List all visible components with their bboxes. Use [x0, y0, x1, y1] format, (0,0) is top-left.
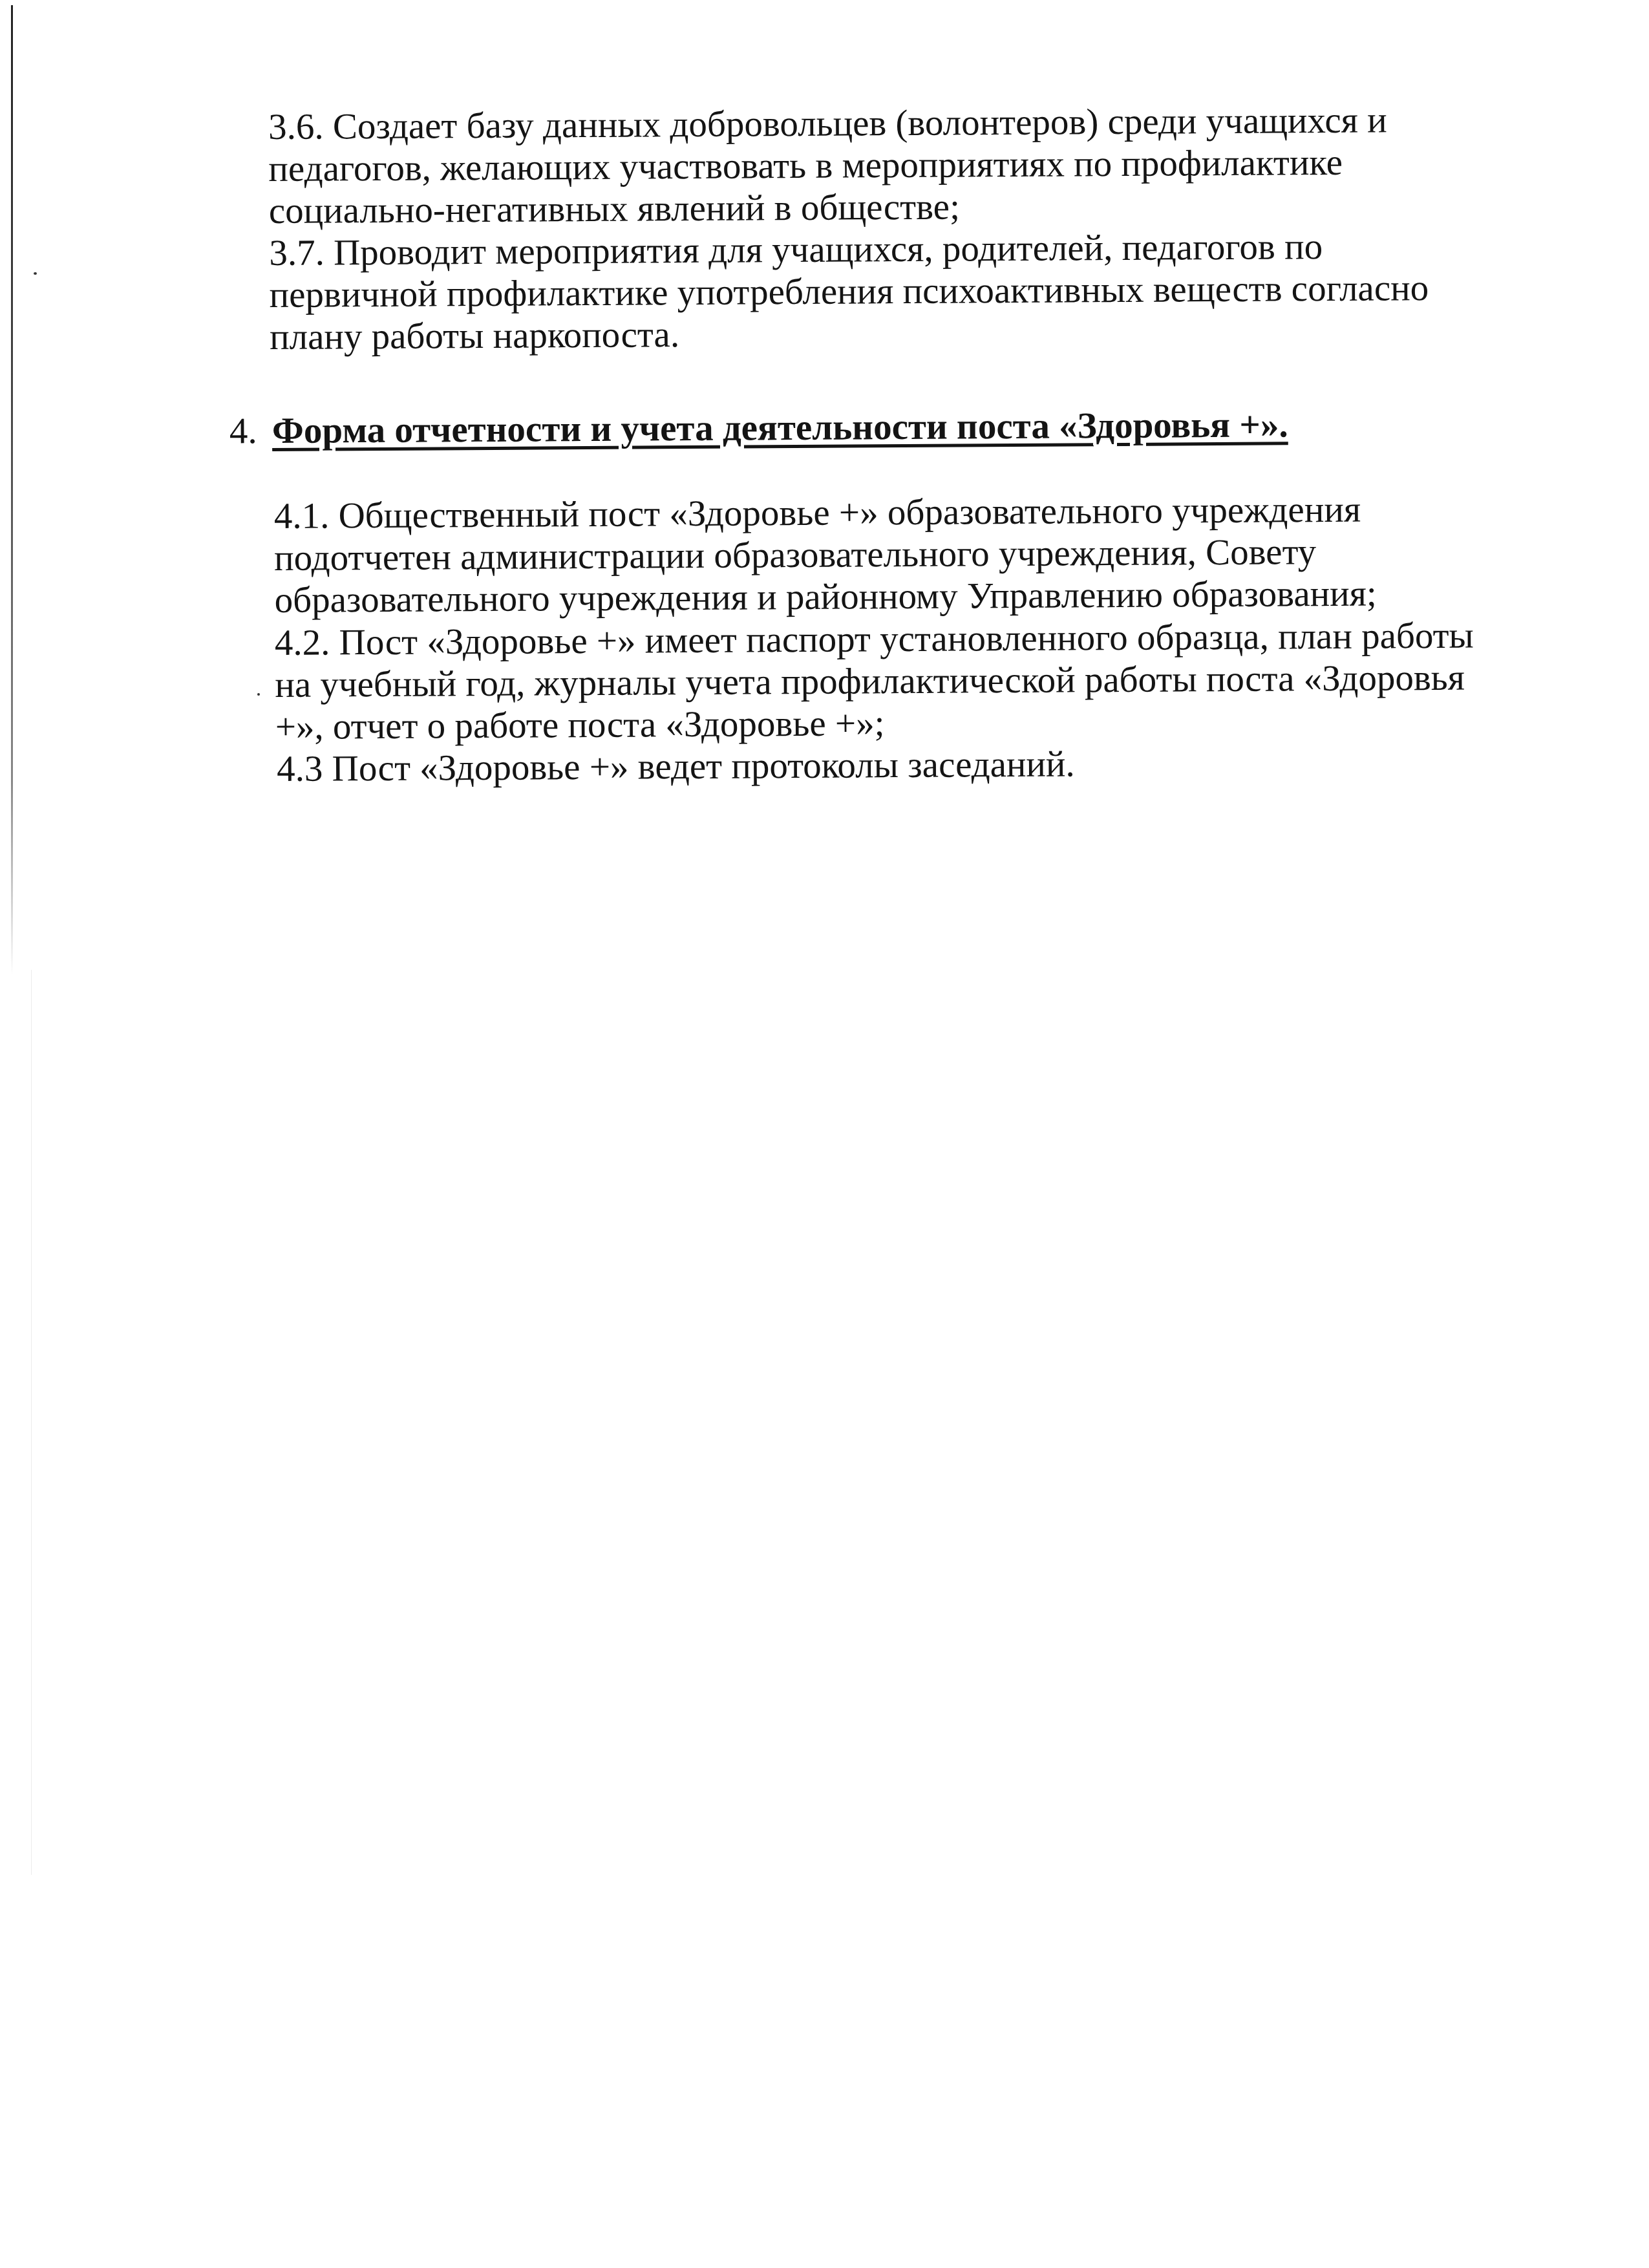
paragraph-3-7: 3.7. Проводит мероприятия для учащихся, …: [0, 0, 1648, 2]
scan-speck: [257, 693, 260, 696]
text-line: плану работы наркопоста.: [270, 316, 679, 356]
text-line: педагогов, желающих участвовать в меропр…: [268, 144, 1343, 187]
text-line: 4.2. Пост «Здоровье +» имеет паспорт уст…: [275, 617, 1474, 661]
text-line: 4.1. Общественный пост «Здоровье +» обра…: [274, 491, 1361, 535]
text-line: социально-негативных явлений в обществе;: [269, 188, 960, 230]
scan-border-faint: [31, 970, 32, 1875]
text-line: 4.3 Пост «Здоровье +» ведет протоколы за…: [277, 745, 1075, 787]
paragraph-4-2: 4.2. Пост «Здоровье +» имеет паспорт уст…: [0, 0, 1648, 2]
text-line: образовательного учреждения и районному …: [274, 575, 1376, 619]
section-4-heading: 4. Форма отчетности и учета деятельности…: [0, 0, 1648, 2]
section-title: Форма отчетности и учета деятельности по…: [272, 406, 1288, 449]
paragraph-4-3: 4.3 Пост «Здоровье +» ведет протоколы за…: [0, 0, 1648, 2]
section-number: 4.: [229, 412, 257, 449]
scan-border-edge: [11, 5, 13, 975]
text-line: +», отчет о работе поста «Здоровье +»;: [275, 705, 885, 745]
text-line: первичной профилактике употребления псих…: [270, 270, 1429, 314]
text-line: 3.7. Проводит мероприятия для учащихся, …: [269, 228, 1323, 272]
section-4: 4.1. Общественный пост «Здоровье +» обра…: [0, 0, 1648, 2]
text-line: подотчетен администрации образовательног…: [274, 533, 1316, 577]
text-line: на учебный год, журналы учета профилакти…: [275, 659, 1465, 703]
paragraph-3-6: 3.6. Создает базу данных добровольцев (в…: [0, 0, 1648, 2]
text-line: 3.6. Создает базу данных добровольцев (в…: [268, 102, 1387, 145]
document-page: 3.6. Создает базу данных добровольцев (в…: [0, 0, 1648, 2]
paragraph-4-1: 4.1. Общественный пост «Здоровье +» обра…: [0, 0, 1648, 2]
section-3: 3.6. Создает базу данных добровольцев (в…: [0, 0, 1648, 2]
scan-speck: [34, 272, 37, 275]
